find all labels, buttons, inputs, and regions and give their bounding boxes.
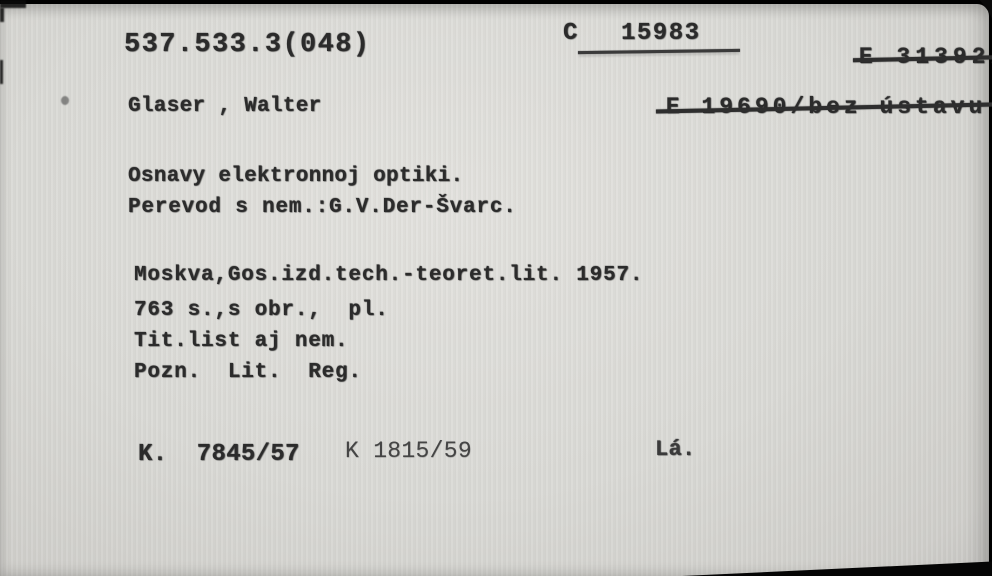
call-number-prefix: C: [563, 20, 578, 47]
footer-catalog-number-2: K 1815/59: [345, 438, 472, 464]
ink-speck: [61, 96, 69, 105]
left-edge-mark-mid: [0, 60, 3, 84]
classification-number: 537.533.3(048): [124, 30, 370, 60]
notes-line: Pozn. Lit. Reg.: [134, 361, 362, 384]
top-left-corner-mark: [0, 0, 26, 8]
author-line: Glaser , Walter: [128, 95, 322, 118]
call-number-underline: [578, 49, 740, 54]
cancelled-number-1-text: E 31392/KMP: [859, 44, 992, 70]
scanned-catalog-card-screen: 537.533.3(048) C 15983 E 31392/KMP E 196…: [0, 0, 992, 576]
call-number-value: 15983: [621, 20, 701, 47]
imprint-line: Moskva,Gos.izd.tech.-teoret.lit. 1957.: [134, 264, 643, 287]
catalog-card-paper: 537.533.3(048) C 15983 E 31392/KMP E 196…: [0, 4, 989, 576]
collation-line: 763 s.,s obr., pl.: [134, 299, 389, 322]
footer-catalog-number-1: K. 7845/57: [138, 441, 300, 468]
titlepage-note-line: Tit.list aj nem.: [134, 330, 348, 353]
cataloger-initials: Lá.: [655, 437, 696, 462]
translation-line: Perevod s nem.:G.V.Der-Švarc.: [128, 196, 517, 219]
cancelled-number-2: E 19690/bez ústavu: [559, 68, 986, 146]
title-line: Osnavy elektronnoj optiki.: [128, 165, 463, 188]
left-edge-mark-top: [0, 8, 4, 22]
cancelled-number-2-text: E 19690/bez ústavu: [666, 94, 986, 120]
